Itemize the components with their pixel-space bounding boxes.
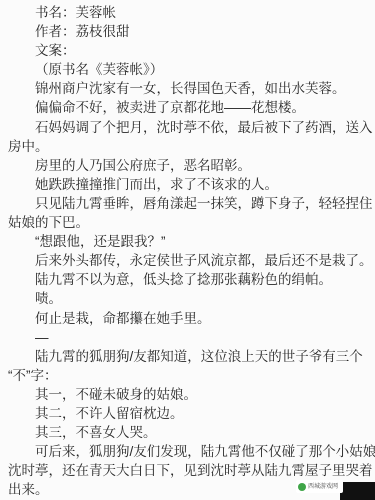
text-line: 可后来，狐朋狗/友们发现，陆九霄他不仅碰了那个小姑娘 [8,442,373,461]
text-line: 后来外头都传，永定侯世子风流京都，最后还不是栽了。 [8,251,373,270]
text-line: 偏偏命不好，被卖进了京都花地——花想楼。 [8,98,373,117]
text-line: 啧。 [8,289,373,308]
text-line: （原书名《芙蓉帐》） [8,60,373,79]
text-line: 她跌跌撞撞推门而出，求了不该求的人。 [8,175,373,194]
text-line: 何止是栽，命都攥在她手里。 [8,309,373,328]
text-line: “想跟他，还是跟我？” [8,232,373,251]
text-line: 其二，不许人留宿枕边。 [8,404,373,423]
text-line: 陆九霄的狐朋狗/友都知道，这位浪上天的世子爷有三个 [8,347,373,366]
text-line: “不”字： [8,366,373,385]
text-line: 只见陆九霄垂眸，唇角漾起一抹笑，蹲下身子，轻轻捏住 [8,194,373,213]
watermark-text: 西城游戏网 [308,484,338,490]
text-line: 文案： [8,41,373,60]
watermark-badge: 西城游戏网 [296,480,343,493]
text-line: 锦州商户沈家有一女，长得国色天香，如出水芙蓉。 [8,79,373,98]
text-line: 作者：荔枝很甜 [8,22,373,41]
text-line: 姑娘的下巴。 [8,213,373,232]
text-line: 房中。 [8,137,373,156]
text-line: 房里的人乃国公府庶子，恶名昭彰。 [8,156,373,175]
watermark-logo-icon [298,483,306,491]
text-line: — [8,328,373,347]
text-line: 其一，不碰未破身的姑娘。 [8,385,373,404]
corner-black-block [340,482,375,500]
text-line: 沈时葶，还在青天大白日下，见到沈时葶从陆九霄屋子里哭着 [8,461,373,480]
text-line: 石妈妈调了个把月，沈时葶不依，最后被下了药酒，送入 [8,118,373,137]
text-line: 书名：芙蓉帐 [8,3,373,22]
text-line: 陆九霄不以为意，低头捻了捻那张藕粉色的绢帕。 [8,270,373,289]
text-body: 书名：芙蓉帐作者：荔枝很甜文案：（原书名《芙蓉帐》）锦州商户沈家有一女，长得国色… [8,3,373,499]
text-line: 其三，不喜女人哭。 [8,423,373,442]
novel-synopsis-page: 书名：芙蓉帐作者：荔枝很甜文案：（原书名《芙蓉帐》）锦州商户沈家有一女，长得国色… [0,0,375,500]
